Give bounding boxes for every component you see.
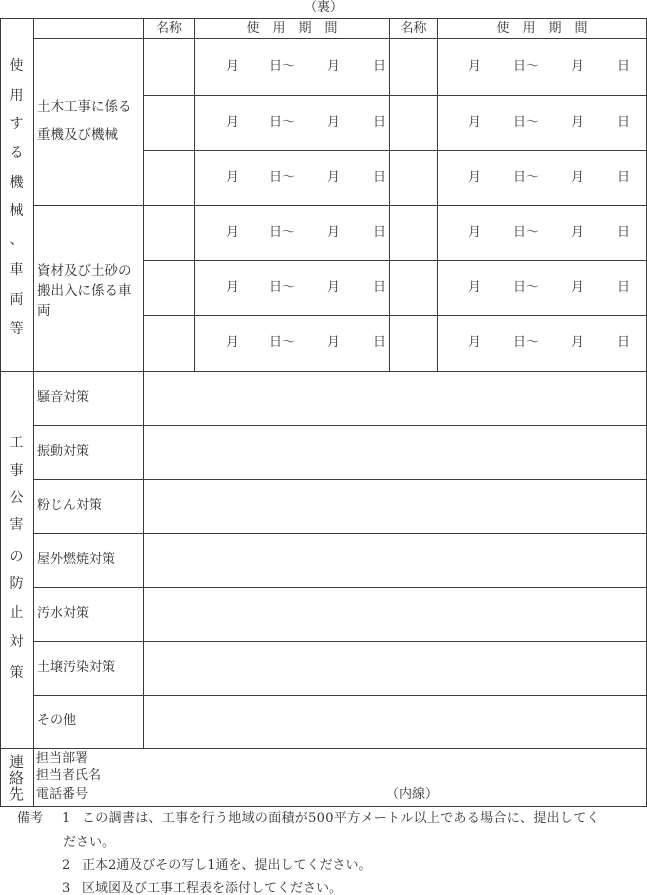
vehicle-name-input[interactable] [390,261,437,315]
day-start-label: 日〜 [269,281,295,294]
label-char: 防 [0,577,33,591]
machine-name-input[interactable] [144,39,194,95]
day-start-label: 日〜 [269,226,295,239]
month-start-label: 月 [226,171,239,184]
group-label-heavy-machinery-line1: 土木工事に係る [37,101,132,115]
label-char: す [0,117,33,131]
month-end-label: 月 [571,60,584,73]
section-divider [0,748,647,749]
group-label-heavy-machinery-line2: 重機及び機械 [37,129,118,143]
month-start-label: 月 [468,116,481,129]
vibration-countermeasure-field[interactable] [144,426,646,479]
vehicle-name-input[interactable] [144,261,194,315]
label-char: 車 [0,263,33,277]
month-start-label: 月 [226,226,239,239]
usage-period-cell[interactable]: 月 日〜 月 日 [438,206,646,260]
header-name-left: 名称 [144,22,194,35]
month-start-label: 月 [226,336,239,349]
day-end-label: 日 [373,60,386,73]
label-char: 機 [0,176,33,190]
month-end-label: 月 [327,171,340,184]
label-char: 絡 [0,771,33,786]
day-end-label: 日 [617,116,630,129]
label-char: 等 [0,322,33,336]
department-label: 担当部署 [36,752,88,765]
machine-name-input[interactable] [144,151,194,205]
note-text: 正本2通及びその写し1通を、提出してください。 [82,859,372,872]
day-start-label: 日〜 [513,171,539,184]
label-char: の [0,550,33,564]
usage-period-cell[interactable]: 月 日〜 月 日 [195,39,389,95]
label-char: 両 [0,293,33,307]
day-start-label: 日〜 [513,60,539,73]
label-char: 連 [0,755,33,770]
day-end-label: 日 [373,226,386,239]
day-start-label: 日〜 [513,226,539,239]
label-char: 策 [0,666,33,680]
month-start-label: 月 [226,281,239,294]
month-start-label: 月 [468,171,481,184]
machine-name-input[interactable] [390,151,437,205]
month-end-label: 月 [327,60,340,73]
usage-period-cell[interactable]: 月 日〜 月 日 [195,151,389,205]
usage-period-cell[interactable]: 月 日〜 月 日 [438,96,646,150]
month-start-label: 月 [226,116,239,129]
label-char: 対 [0,635,33,649]
month-end-label: 月 [327,281,340,294]
day-start-label: 日〜 [269,60,295,73]
day-end-label: 日 [373,336,386,349]
usage-period-cell[interactable]: 月 日〜 月 日 [195,96,389,150]
table-border-top [0,18,647,19]
vehicle-name-input[interactable] [144,206,194,260]
usage-period-cell[interactable]: 月 日〜 月 日 [195,206,389,260]
table-border-left [0,18,1,807]
vehicle-name-input[interactable] [390,316,437,371]
noise-countermeasure-field[interactable] [144,372,646,425]
month-end-label: 月 [571,336,584,349]
notes-heading: 備考 [17,812,43,825]
vehicle-name-input[interactable] [390,206,437,260]
note-number: 3 [62,882,70,895]
countermeasure-label-other: その他 [37,714,76,727]
usage-period-cell[interactable]: 月 日〜 月 日 [195,316,389,371]
phone-number-field[interactable] [100,785,385,804]
countermeasure-label-wastewater: 汚水対策 [37,607,89,620]
day-end-label: 日 [617,336,630,349]
month-end-label: 月 [571,226,584,239]
month-end-label: 月 [327,336,340,349]
month-end-label: 月 [327,226,340,239]
month-start-label: 月 [468,60,481,73]
day-start-label: 日〜 [513,281,539,294]
usage-period-cell[interactable]: 月 日〜 月 日 [438,316,646,371]
month-end-label: 月 [571,116,584,129]
countermeasure-label-outdoor-burning: 屋外燃焼対策 [37,553,115,566]
day-end-label: 日 [373,116,386,129]
label-char: 先 [0,787,33,802]
countermeasure-label-vibration: 振動対策 [37,445,89,458]
label-char: る [0,146,33,160]
machine-name-input[interactable] [390,96,437,150]
phone-number-label: 電話番号 [36,788,88,801]
label-char: 公 [0,491,33,505]
month-start-label: 月 [468,336,481,349]
day-end-label: 日 [617,60,630,73]
day-start-label: 日〜 [269,336,295,349]
countermeasure-label-noise: 騒音対策 [37,391,89,404]
person-name-label: 担当者氏名 [36,769,101,782]
month-start-label: 月 [226,60,239,73]
other-countermeasure-field[interactable] [144,696,646,748]
label-char: 用 [0,89,33,103]
soil-contamination-countermeasure-field[interactable] [144,642,646,695]
day-start-label: 日〜 [269,171,295,184]
label-char: 使 [0,59,33,73]
extension-field[interactable] [432,785,645,804]
group-label-vehicles-line1: 資材及び土砂の [37,265,132,279]
vehicle-name-input[interactable] [144,316,194,371]
header-period-left: 使 用 期 間 [195,22,389,35]
section-label-divider [33,18,34,807]
countermeasure-label-soil-contamination: 土壌汚染対策 [37,661,115,674]
person-name-field[interactable] [112,767,645,784]
day-end-label: 日 [373,171,386,184]
label-char: 事 [0,464,33,478]
day-end-label: 日 [617,226,630,239]
countermeasure-label-dust: 粉じん対策 [37,499,102,512]
month-end-label: 月 [571,281,584,294]
usage-period-cell[interactable]: 月 日〜 月 日 [438,261,646,315]
note-text: 区域図及び工事工程表を添付してください。 [82,882,342,895]
usage-period-cell[interactable]: 月 日〜 月 日 [195,261,389,315]
day-start-label: 日〜 [269,116,295,129]
page-title: （裏） [0,1,647,14]
day-start-label: 日〜 [513,336,539,349]
department-field[interactable] [100,750,645,767]
machine-name-input[interactable] [144,96,194,150]
table-border-bottom [0,806,647,807]
group-label-vehicles-line3: 両 [37,305,51,319]
label-char: 械 [0,204,33,218]
month-end-label: 月 [571,171,584,184]
usage-period-cell[interactable]: 月 日〜 月 日 [438,39,646,95]
machine-name-input[interactable] [390,39,437,95]
label-char: 止 [0,606,33,620]
note-text-continuation: ださい。 [63,836,115,849]
header-name-right: 名称 [390,22,437,35]
day-start-label: 日〜 [513,116,539,129]
day-end-label: 日 [617,171,630,184]
day-end-label: 日 [373,281,386,294]
wastewater-countermeasure-field[interactable] [144,588,646,641]
label-char: 工 [0,436,33,450]
note-text: この調書は、工事を行う地域の面積が500平方メートル以上である場合に、提出してく [82,812,600,825]
usage-period-cell[interactable]: 月 日〜 月 日 [438,151,646,205]
header-period-right: 使 用 期 間 [438,22,646,35]
month-end-label: 月 [327,116,340,129]
label-char: 、 [0,233,33,247]
dust-countermeasure-field[interactable] [144,480,646,533]
month-start-label: 月 [468,281,481,294]
note-number: 2 [62,859,70,872]
day-end-label: 日 [617,281,630,294]
outdoor-burning-countermeasure-field[interactable] [144,534,646,587]
label-char: 害 [0,518,33,532]
note-number: 1 [62,812,70,825]
month-start-label: 月 [468,226,481,239]
extension-label: （内線） [386,788,438,801]
group-label-vehicles-line2: 搬出入に係る車 [37,285,132,299]
